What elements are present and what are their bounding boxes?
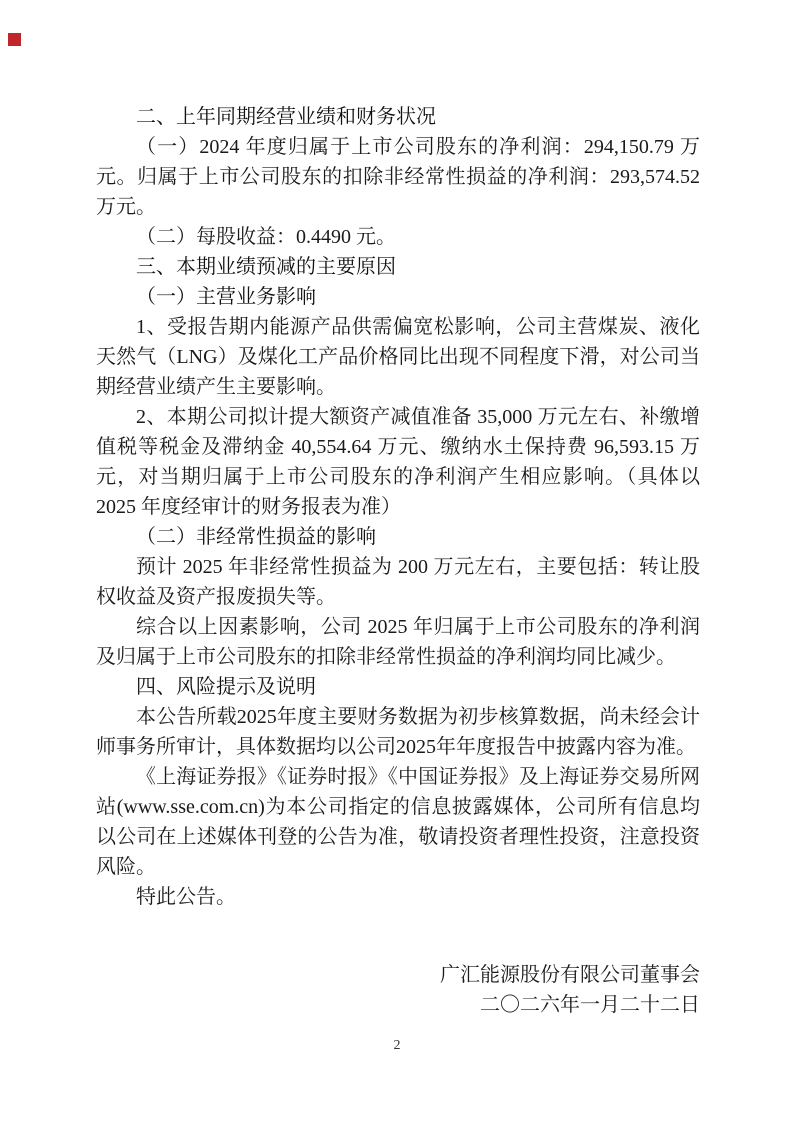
main-business-paragraph-1: 1、受报告期内能源产品供需偏宽松影响，公司主营煤炭、液化天然气（LNG）及煤化工…	[96, 312, 700, 402]
subsection-non-recurring-heading: （二）非经常性损益的影响	[96, 522, 700, 552]
subsection-main-business-heading: （一）主营业务影响	[96, 282, 700, 312]
signature-block: 广汇能源股份有限公司董事会 二〇二六年一月二十二日	[96, 960, 700, 1020]
signature-date: 二〇二六年一月二十二日	[96, 990, 700, 1020]
prior-year-eps-paragraph: （二）每股收益：0.4490 元。	[96, 222, 700, 252]
section-risk-heading: 四、风险提示及说明	[96, 672, 700, 702]
risk-paragraph-1: 本公告所载2025年度主要财务数据为初步核算数据，尚未经会计师事务所审计，具体数…	[96, 702, 700, 762]
announcement-page: 二、上年同期经营业绩和财务状况 （一）2024 年度归属于上市公司股东的净利润：…	[0, 0, 794, 1123]
non-recurring-paragraph-1: 预计 2025 年非经常性损益为 200 万元左右，主要包括：转让股权收益及资产…	[96, 552, 700, 612]
section-prior-year-heading: 二、上年同期经营业绩和财务状况	[96, 102, 700, 132]
prior-year-net-profit-paragraph: （一）2024 年度归属于上市公司股东的净利润：294,150.79 万元。归属…	[96, 132, 700, 222]
document-body: 二、上年同期经营业绩和财务状况 （一）2024 年度归属于上市公司股东的净利润：…	[0, 0, 794, 1020]
risk-paragraph-2: 《上海证券报》《证券时报》《中国证券报》及上海证券交易所网站(www.sse.c…	[96, 762, 700, 882]
closing-statement: 特此公告。	[96, 882, 700, 912]
main-business-paragraph-2: 2、本期公司拟计提大额资产减值准备 35,000 万元左右、补缴增值税等税金及滞…	[96, 402, 700, 522]
signature-issuer: 广汇能源股份有限公司董事会	[96, 960, 700, 990]
non-recurring-paragraph-2: 综合以上因素影响，公司 2025 年归属于上市公司股东的净利润及归属于上市公司股…	[96, 612, 700, 672]
page-number: 2	[0, 1036, 794, 1056]
section-reasons-heading: 三、本期业绩预减的主要原因	[96, 252, 700, 282]
